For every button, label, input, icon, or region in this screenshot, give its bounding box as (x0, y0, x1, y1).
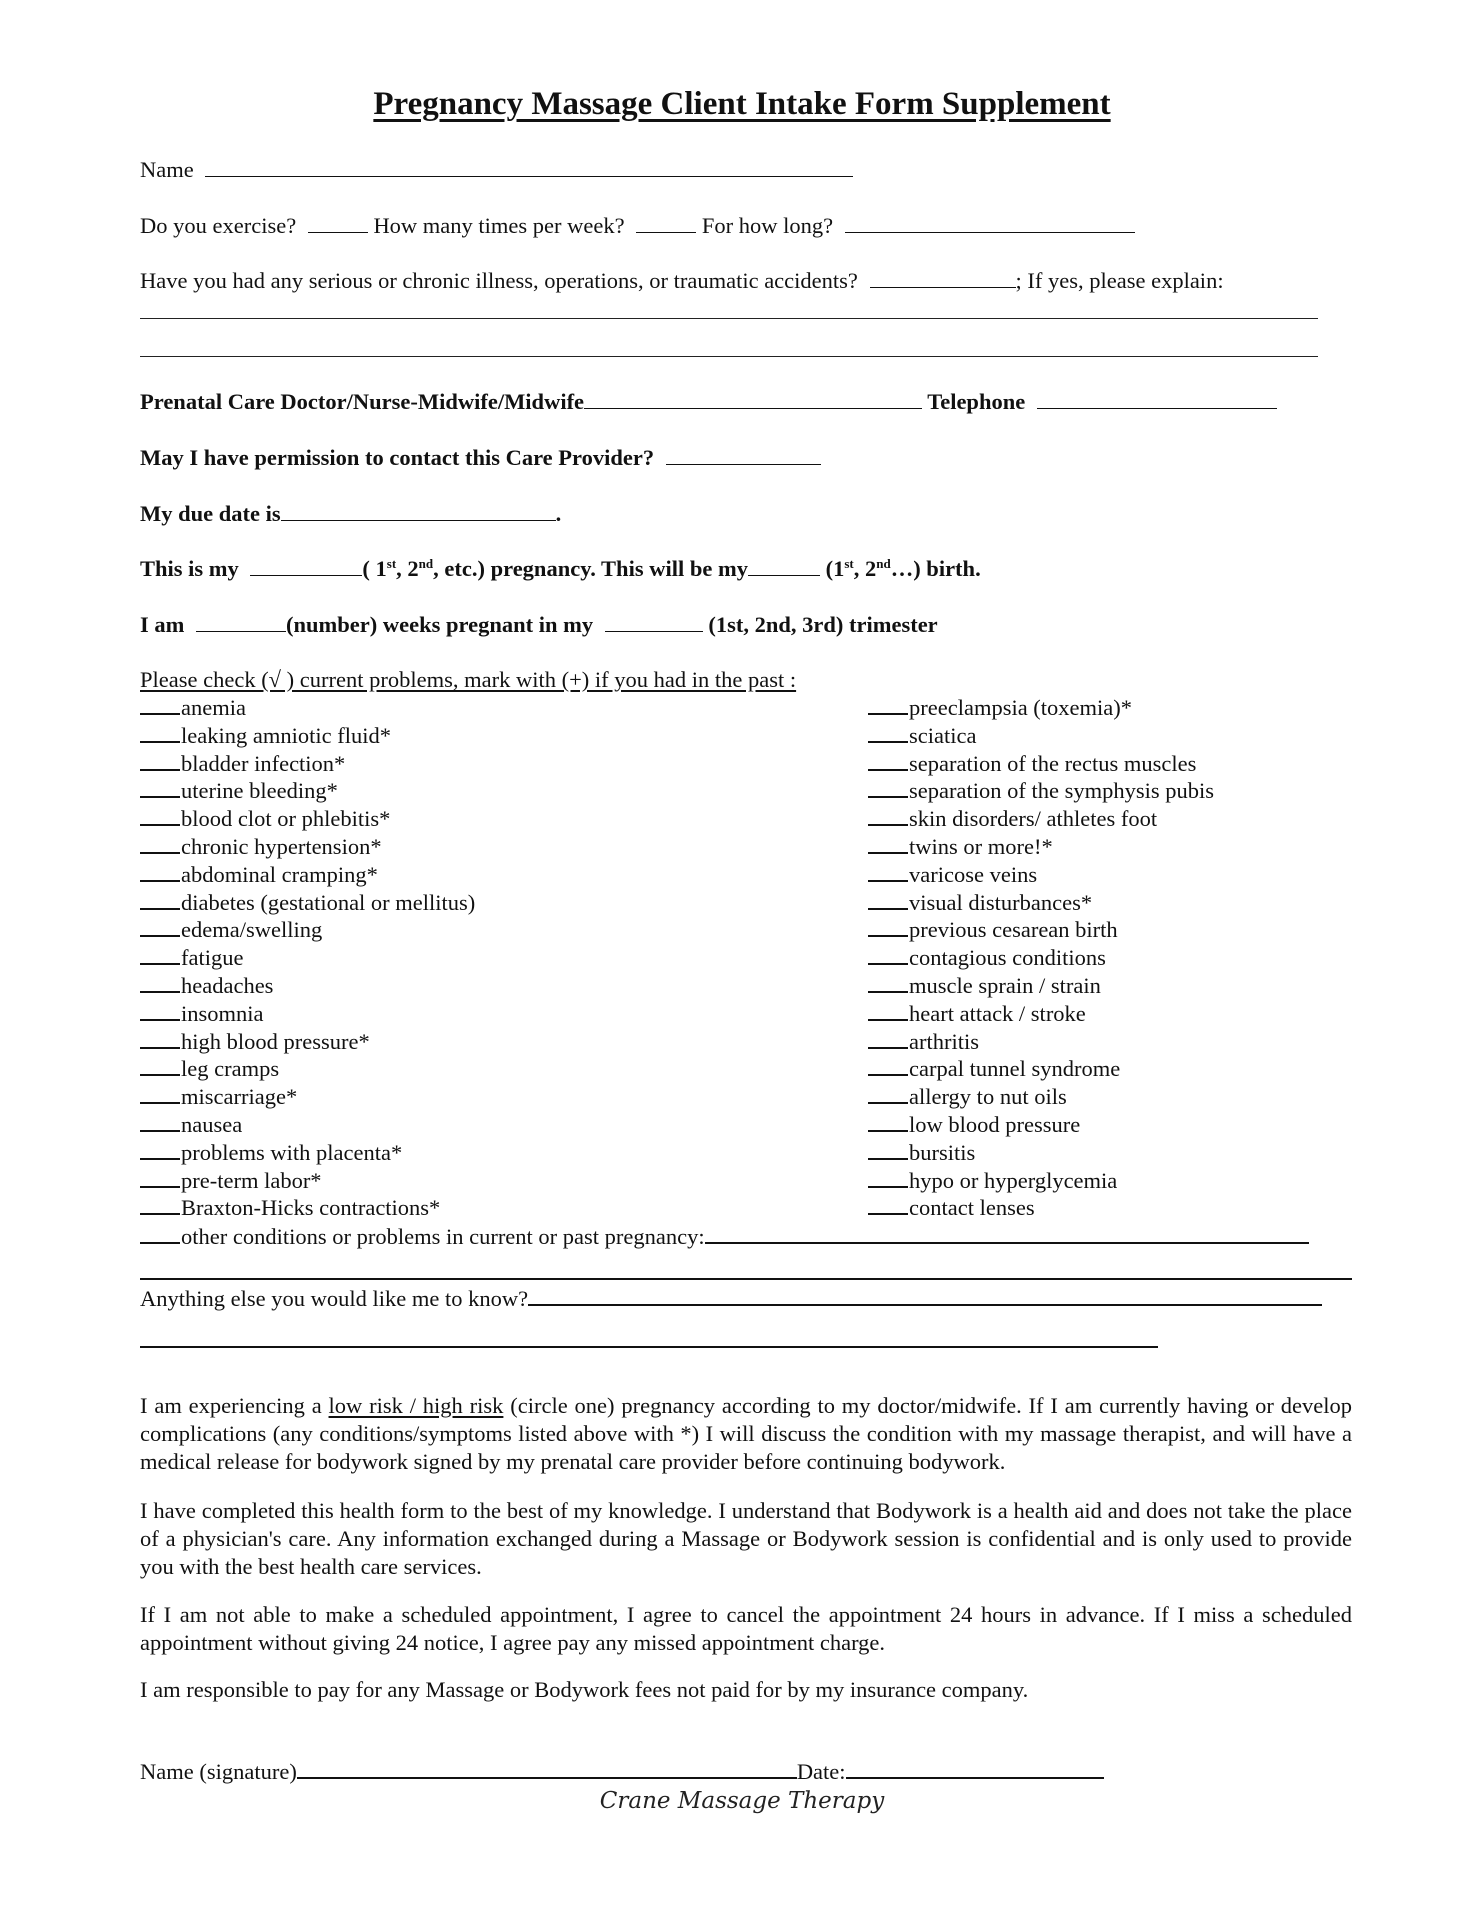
birth-hint-sup: st (844, 556, 853, 571)
checklist-item-label: varicose veins (909, 862, 1037, 887)
checklist-item-label: abdominal cramping* (181, 862, 378, 887)
checklist-checkbox[interactable] (868, 778, 908, 798)
checklist-checkbox[interactable] (140, 1056, 180, 1076)
birth-hint: …) birth. (891, 556, 981, 581)
checklist-item-label: nausea (181, 1112, 242, 1137)
checklist-left-column: anemialeaking amniotic fluid*bladder inf… (140, 694, 475, 1222)
checklist-item: hypo or hyperglycemia (868, 1167, 1214, 1195)
checklist-item-label: sciatica (909, 723, 976, 748)
telephone-label: Telephone (927, 389, 1025, 414)
checklist-item: diabetes (gestational or mellitus) (140, 889, 475, 917)
risk-paragraph: I am experiencing a low risk / high risk… (140, 1392, 1352, 1476)
checklist-checkbox[interactable] (140, 834, 180, 854)
checklist-item: twins or more!* (868, 833, 1214, 861)
trimester-field[interactable] (605, 611, 703, 632)
checklist-item: skin disorders/ athletes foot (868, 805, 1214, 833)
checklist-checkbox[interactable] (140, 945, 180, 965)
checklist-item-label: leg cramps (181, 1056, 279, 1081)
checklist-item-label: problems with placenta* (181, 1140, 402, 1165)
checklist-item-label: blood clot or phlebitis* (181, 806, 390, 831)
exercise-field[interactable] (308, 212, 368, 233)
provider-label: Prenatal Care Doctor/Nurse-Midwife/Midwi… (140, 389, 584, 414)
checklist-item: leg cramps (140, 1055, 475, 1083)
checklist-item: previous cesarean birth (868, 916, 1214, 944)
checklist-item: uterine bleeding* (140, 777, 475, 805)
checklist-item: contagious conditions (868, 944, 1214, 972)
checklist-checkbox[interactable] (868, 917, 908, 937)
checklist-item-label: hypo or hyperglycemia (909, 1168, 1117, 1193)
checklist-item: carpal tunnel syndrome (868, 1055, 1214, 1083)
checklist-item: nausea (140, 1111, 475, 1139)
checklist-header: Please check (√ ) current problems, mark… (140, 666, 796, 694)
cancellation-paragraph: If I am not able to make a scheduled app… (140, 1601, 1352, 1657)
checklist-checkbox[interactable] (140, 1084, 180, 1104)
anything-else-row: Anything else you would like me to know? (140, 1284, 1322, 1313)
checklist-item-label: heart attack / stroke (909, 1001, 1086, 1026)
checklist-item-label: separation of the rectus muscles (909, 751, 1196, 776)
footer-brand: Crane Massage Therapy (0, 1788, 1484, 1814)
checklist-item-label: previous cesarean birth (909, 917, 1118, 942)
checklist-checkbox[interactable] (140, 1168, 180, 1188)
other-conditions-label: other conditions or problems in current … (181, 1224, 705, 1249)
checklist-checkbox[interactable] (868, 1056, 908, 1076)
checklist-item-label: chronic hypertension* (181, 834, 382, 859)
checklist-checkbox[interactable] (868, 834, 908, 854)
checklist-item-label: leaking amniotic fluid* (181, 723, 391, 748)
pregnancy-number-row: This is my ( 1st, 2nd, etc.) pregnancy. … (140, 555, 981, 583)
weeks-prefix: I am (140, 612, 184, 637)
checklist-checkbox[interactable] (868, 862, 908, 882)
illness-explain-label: ; If yes, please explain: (1016, 268, 1224, 293)
checklist-item: preeclampsia (toxemia)* (868, 694, 1214, 722)
checklist-item: insomnia (140, 1000, 475, 1028)
checklist-item: separation of the symphysis pubis (868, 777, 1214, 805)
checklist-item: fatigue (140, 944, 475, 972)
exercise-row: Do you exercise? How many times per week… (140, 212, 1135, 240)
checklist-item-label: preeclampsia (toxemia)* (909, 695, 1132, 720)
due-date-period: . (556, 501, 562, 526)
times-per-week-label: How many times per week? (373, 213, 624, 238)
other-conditions-field[interactable] (705, 1222, 1309, 1244)
checklist-checkbox[interactable] (140, 1029, 180, 1049)
checklist-checkbox[interactable] (140, 1140, 180, 1160)
weeks-field[interactable] (196, 611, 286, 632)
name-row: Name (140, 156, 853, 184)
due-date-label: My due date is (140, 501, 281, 526)
checklist-item-label: bursitis (909, 1140, 975, 1165)
checklist-checkbox[interactable] (868, 806, 908, 826)
permission-field[interactable] (666, 444, 821, 465)
checklist-item: muscle sprain / strain (868, 972, 1214, 1000)
date-field[interactable] (846, 1757, 1104, 1779)
pregnancy-hint: , etc.) pregnancy. This will be my (433, 556, 748, 581)
checklist-checkbox[interactable] (868, 945, 908, 965)
illness-field[interactable] (870, 267, 1016, 288)
checklist-item: blood clot or phlebitis* (140, 805, 475, 833)
telephone-field[interactable] (1037, 388, 1277, 409)
payment-paragraph: I am responsible to pay for any Massage … (140, 1676, 1352, 1704)
anything-else-label: Anything else you would like me to know? (140, 1286, 528, 1311)
permission-label: May I have permission to contact this Ca… (140, 445, 654, 470)
how-long-field[interactable] (845, 212, 1135, 233)
checklist-item-label: pre-term labor* (181, 1168, 322, 1193)
signature-field[interactable] (297, 1757, 797, 1779)
checklist-checkbox[interactable] (140, 778, 180, 798)
checklist-checkbox[interactable] (868, 1001, 908, 1021)
checklist-item-label: contact lenses (909, 1195, 1035, 1220)
other-conditions-line-2[interactable] (140, 1278, 1352, 1280)
checklist-item-label: muscle sprain / strain (909, 973, 1101, 998)
checklist-checkbox[interactable] (140, 1112, 180, 1132)
how-long-label: For how long? (702, 213, 833, 238)
checklist-checkbox[interactable] (140, 723, 180, 743)
exercise-label: Do you exercise? (140, 213, 296, 238)
checklist-item-label: edema/swelling (181, 917, 322, 942)
checklist-item-label: diabetes (gestational or mellitus) (181, 890, 475, 915)
checklist-item-label: allergy to nut oils (909, 1084, 1067, 1109)
due-date-row: My due date is. (140, 500, 561, 528)
checklist-item: high blood pressure* (140, 1028, 475, 1056)
name-field[interactable] (205, 156, 853, 177)
pregnancy-prefix: This is my (140, 556, 239, 581)
checklist-item: chronic hypertension* (140, 833, 475, 861)
checklist-item: sciatica (868, 722, 1214, 750)
checklist-item-label: uterine bleeding* (181, 778, 338, 803)
pregnancy-number-field[interactable] (250, 555, 362, 576)
checklist-item: Braxton-Hicks contractions* (140, 1194, 475, 1222)
checklist-item: leaking amniotic fluid* (140, 722, 475, 750)
illness-label: Have you had any serious or chronic illn… (140, 268, 858, 293)
checklist-checkbox[interactable] (868, 1140, 908, 1160)
checklist-checkbox[interactable] (140, 890, 180, 910)
checklist-item: pre-term labor* (140, 1167, 475, 1195)
checklist-item-label: arthritis (909, 1029, 979, 1054)
risk-prefix: I am experiencing a (140, 1393, 329, 1418)
provider-field[interactable] (584, 388, 922, 409)
checklist-checkbox[interactable] (868, 1112, 908, 1132)
checklist-item: bursitis (868, 1139, 1214, 1167)
checklist-item: abdominal cramping* (140, 861, 475, 889)
checklist-item-label: headaches (181, 973, 273, 998)
checklist-item: allergy to nut oils (868, 1083, 1214, 1111)
checklist-item-label: visual disturbances* (909, 890, 1092, 915)
signature-label: Name (signature) (140, 1759, 297, 1784)
checklist-checkbox[interactable] (140, 695, 180, 715)
checklist-checkbox[interactable] (140, 1001, 180, 1021)
checklist-item: headaches (140, 972, 475, 1000)
birth-number-field[interactable] (748, 555, 820, 576)
pregnancy-hint: ( 1 (362, 556, 386, 581)
knowledge-paragraph: I have completed this health form to the… (140, 1497, 1352, 1581)
checklist-item: varicose veins (868, 861, 1214, 889)
checklist-item: visual disturbances* (868, 889, 1214, 917)
checklist-item: low blood pressure (868, 1111, 1214, 1139)
checklist-checkbox[interactable] (140, 917, 180, 937)
checklist-checkbox[interactable] (868, 1084, 908, 1104)
risk-options[interactable]: low risk / high risk (329, 1393, 504, 1418)
other-conditions-row: other conditions or problems in current … (140, 1222, 1309, 1251)
checklist-item: separation of the rectus muscles (868, 750, 1214, 778)
checklist-checkbox[interactable] (140, 973, 180, 993)
checklist-right-column: preeclampsia (toxemia)*sciaticaseparatio… (868, 694, 1214, 1222)
checklist-checkbox[interactable] (140, 751, 180, 771)
checklist-checkbox[interactable] (868, 695, 908, 715)
signature-row: Name (signature)Date: (140, 1757, 1104, 1786)
checklist-item-label: anemia (181, 695, 246, 720)
checklist-item: miscarriage* (140, 1083, 475, 1111)
times-per-week-field[interactable] (636, 212, 696, 233)
checklist-checkbox[interactable] (140, 806, 180, 826)
pregnancy-hint: , 2 (396, 556, 419, 581)
checklist-checkbox[interactable] (868, 723, 908, 743)
checklist-checkbox[interactable] (140, 862, 180, 882)
checklist-item-label: carpal tunnel syndrome (909, 1056, 1120, 1081)
pregnancy-hint-sup: st (387, 556, 396, 571)
anything-else-line-2[interactable] (140, 1346, 1158, 1348)
birth-hint-sup: nd (876, 556, 890, 571)
illness-row: Have you had any serious or chronic illn… (140, 267, 1224, 295)
checklist-checkbox[interactable] (868, 751, 908, 771)
checklist-item-label: high blood pressure* (181, 1029, 370, 1054)
weeks-row: I am (number) weeks pregnant in my (1st,… (140, 611, 938, 639)
illness-explain-line-1[interactable] (140, 318, 1318, 319)
checklist-item-label: contagious conditions (909, 945, 1106, 970)
checklist-item-label: low blood pressure (909, 1112, 1080, 1137)
checklist-item: edema/swelling (140, 916, 475, 944)
checklist-checkbox[interactable] (868, 1029, 908, 1049)
birth-hint: , 2 (854, 556, 877, 581)
date-label: Date: (797, 1759, 846, 1784)
checklist-item-label: separation of the symphysis pubis (909, 778, 1214, 803)
permission-row: May I have permission to contact this Ca… (140, 444, 821, 472)
checklist-item-label: skin disorders/ athletes foot (909, 806, 1157, 831)
illness-explain-line-2[interactable] (140, 356, 1318, 357)
checklist-item-label: twins or more!* (909, 834, 1053, 859)
checklist-item-label: insomnia (181, 1001, 264, 1026)
name-label: Name (140, 157, 194, 182)
checklist-checkbox[interactable] (140, 1195, 180, 1215)
anything-else-field[interactable] (528, 1284, 1322, 1306)
checklist-item: bladder infection* (140, 750, 475, 778)
checklist-item: heart attack / stroke (868, 1000, 1214, 1028)
checklist-item: anemia (140, 694, 475, 722)
checklist-item-label: Braxton-Hicks contractions* (181, 1195, 440, 1220)
weeks-mid: (number) weeks pregnant in my (286, 612, 593, 637)
checklist-item: contact lenses (868, 1194, 1214, 1222)
checklist-checkbox[interactable] (868, 890, 908, 910)
intake-form-page: Pregnancy Massage Client Intake Form Sup… (0, 0, 1484, 1920)
pregnancy-hint-sup: nd (419, 556, 433, 571)
checklist-checkbox[interactable] (868, 973, 908, 993)
checklist-item: problems with placenta* (140, 1139, 475, 1167)
page-title: Pregnancy Massage Client Intake Form Sup… (0, 86, 1484, 123)
other-conditions-checkbox[interactable] (140, 1224, 180, 1244)
checklist-item-label: fatigue (181, 945, 243, 970)
checklist-checkbox[interactable] (868, 1195, 908, 1215)
checklist-item-label: bladder infection* (181, 751, 345, 776)
checklist-checkbox[interactable] (868, 1168, 908, 1188)
checklist-item-label: miscarriage* (181, 1084, 297, 1109)
due-date-field[interactable] (281, 500, 556, 521)
checklist-item: arthritis (868, 1028, 1214, 1056)
birth-hint: (1 (820, 556, 844, 581)
provider-row: Prenatal Care Doctor/Nurse-Midwife/Midwi… (140, 388, 1277, 416)
weeks-suffix: (1st, 2nd, 3rd) trimester (703, 612, 938, 637)
